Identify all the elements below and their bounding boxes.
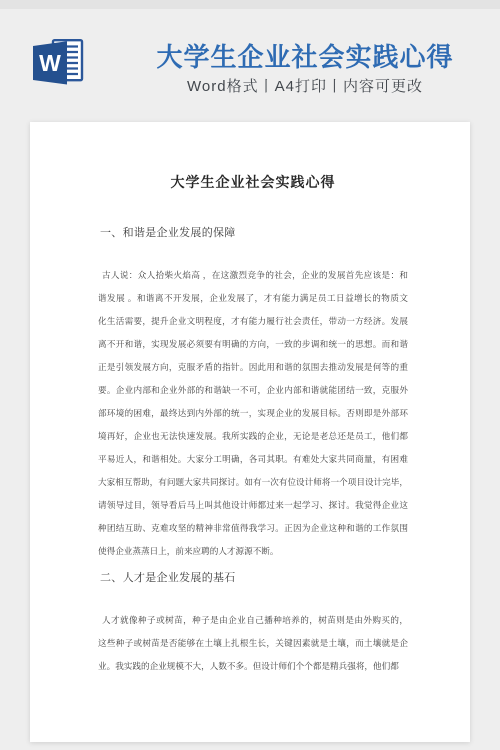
top-strip: [0, 0, 500, 9]
paragraph: 人才就像种子或树苗，种子是由企业自己播种培养的，树苗则是由外购买的，这些种子或树…: [98, 609, 408, 678]
section-heading: 二、人才是企业发展的基石: [98, 571, 408, 585]
word-icon: W: [30, 38, 84, 86]
paragraph-line: 人才就像种子或树苗，种子是由企业自己播种培养的，树苗则是由外购买的，: [98, 609, 408, 632]
paragraph-line: 部环境的困难，最终达到内外部的统一，实现企业的发展目标。否则即是外部环: [98, 402, 408, 425]
header-text: 大学生企业社会实践心得 Word格式丨A4打印丨内容可更改: [148, 41, 462, 97]
paragraph-line: 正是引领发展方向，克服矛盾的指针。因此用和谐的氛围去推动发展是何等的重: [98, 356, 408, 379]
paragraph-line: 要。企业内部和企业外部的和谐缺一不可，企业内部和谐就能团结一致，克服外: [98, 379, 408, 402]
word-icon-graphic: W: [30, 38, 84, 86]
paragraph-line: 请领导过目，领导看后马上叫其他设计师都过来一起学习、探讨。我觉得企业这: [98, 494, 408, 517]
paragraph: 古人说：众人拾柴火焰高 ，在这激烈竞争的社会，企业的发展首先应该是：和谐发展 。…: [98, 264, 408, 563]
paragraph-line: 化生活需要，提升企业文明程度，才有能力履行社会责任，带动一方经济。发展: [98, 310, 408, 333]
paragraph-line: 业。我实践的企业规模不大，人数不多。但设计师们个个都是精兵强将，他们都: [98, 655, 408, 678]
document-page: 大学生企业社会实践心得 一、和谐是企业发展的保障古人说：众人拾柴火焰高 ，在这激…: [30, 122, 470, 742]
document-section: 二、人才是企业发展的基石人才就像种子或树苗，种子是由企业自己播种培养的，树苗则是…: [98, 571, 408, 678]
paragraph-line: 大家相互帮助，有问题大家共同探讨。如有一次有位设计师将一个项目设计完毕，: [98, 471, 408, 494]
document-body: 一、和谐是企业发展的保障古人说：众人拾柴火焰高 ，在这激烈竞争的社会，企业的发展…: [98, 226, 408, 678]
paragraph-line: 平易近人，和谐相处。大家分工明确，各司其职。有难处大家共同商量，有困难: [98, 448, 408, 471]
paragraph-line: 离不开和谐，实现发展必须要有明确的方向，一致的步调和统一的思想。而和谐: [98, 333, 408, 356]
document-section: 一、和谐是企业发展的保障古人说：众人拾柴火焰高 ，在这激烈竞争的社会，企业的发展…: [98, 226, 408, 563]
paragraph-line: 古人说：众人拾柴火焰高 ，在这激烈竞争的社会，企业的发展首先应该是：和: [98, 264, 408, 287]
paragraph-line: 种团结互助、克难攻坚的精神非常值得我学习。正因为企业这种和谐的工作氛围: [98, 517, 408, 540]
header-subtitle: Word格式丨A4打印丨内容可更改: [148, 77, 462, 97]
header-title: 大学生企业社会实践心得: [148, 41, 462, 73]
paragraph-line: 谐发展 。和谐离不开发展，企业发展了，才有能力满足员工日益增长的物质文: [98, 287, 408, 310]
word-icon-letter: W: [39, 50, 61, 76]
paragraph-line: 境再好，企业也无法快速发展。我所实践的企业，无论是老总还是员工，他们都: [98, 425, 408, 448]
paragraph-line: 这些种子或树苗是否能够在土壤上扎根生长，关键因素就是土壤，而土壤就是企: [98, 632, 408, 655]
document-title: 大学生企业社会实践心得: [98, 174, 408, 194]
section-heading: 一、和谐是企业发展的保障: [98, 226, 408, 240]
paragraph-line: 使得企业蒸蒸日上，前来应聘的人才源源不断。: [98, 540, 408, 563]
